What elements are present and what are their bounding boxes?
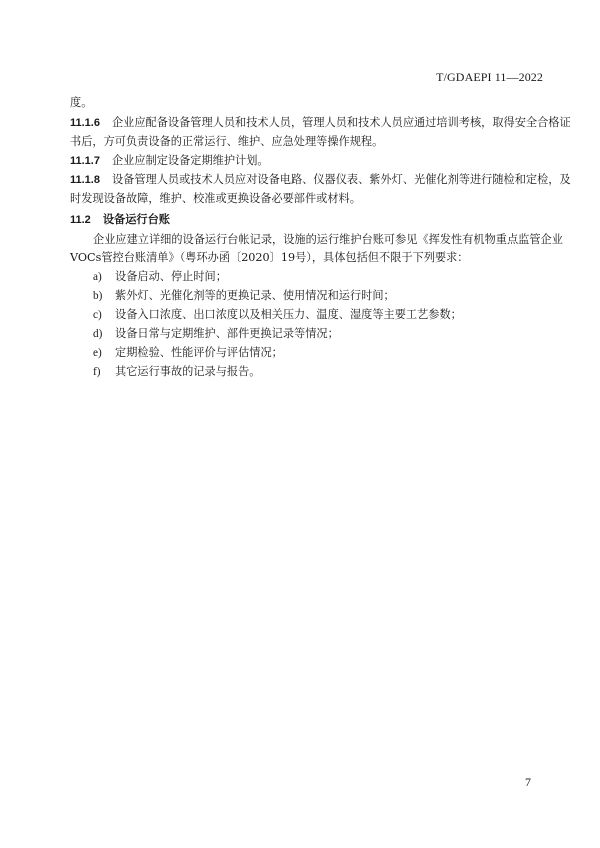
section-paragraph-line2: VOCs管控台账清单》（粤环办函〔2020〕19号），具体包括但不限于下列要求： [70, 251, 469, 265]
clause-number: 11.1.8 [70, 174, 100, 186]
list-item: c)设备入口浓度、出口浓度以及相关压力、温度、湿度等主要工艺参数； [93, 308, 462, 322]
list-item-label: b) [93, 289, 115, 303]
list-item: a)设备启动、停止时间； [93, 270, 227, 284]
list-item-label: d) [93, 327, 115, 341]
clause-number: 11.1.7 [70, 155, 100, 167]
list-item-label: c) [93, 308, 115, 322]
clause-number: 11.1.6 [70, 117, 100, 129]
clause-11-1-6-cont: 书后，方可负责设备的正常运行、维护、应急处理等操作规程。 [70, 135, 383, 149]
list-item-text: 设备日常与定期维护、部件更换记录等情况； [115, 327, 339, 340]
clause-11-1-7: 11.1.7企业应制定设备定期维护计划。 [70, 154, 269, 168]
clause-text: 企业应制定设备定期维护计划。 [112, 154, 269, 167]
list-item-text: 设备入口浓度、出口浓度以及相关压力、温度、湿度等主要工艺参数； [115, 308, 462, 321]
list-item-label: a) [93, 270, 115, 284]
list-item-text: 设备启动、停止时间； [115, 270, 227, 283]
clause-11-1-8: 11.1.8设备管理人员或技术人员应对设备电路、仪器仪表、紫外灯、光催化剂等进行… [70, 173, 571, 187]
document-code: T/GDAEPI 11—2022 [436, 70, 543, 85]
list-item: e)定期检验、性能评价与评估情况； [93, 346, 283, 360]
list-item: f)其它运行事故的记录与报告。 [93, 365, 260, 379]
section-paragraph-line1: 企业应建立详细的设备运行台帐记录，设施的运行维护台账可参见《挥发性有机物重点监管… [93, 233, 563, 247]
list-item-label: f) [93, 365, 115, 379]
clause-text: 企业应配备设备管理人员和技术人员，管理人员和技术人员应通过培训考核，取得安全合格… [112, 116, 571, 129]
clause-text: 设备管理人员或技术人员应对设备电路、仪器仪表、紫外灯、光催化剂等进行随检和定检，… [112, 173, 571, 186]
clause-11-1-8-cont: 时发现设备故障，维护、校准或更换设备必要部件或材料。 [70, 192, 361, 206]
list-item: b)紫外灯、光催化剂等的更换记录、使用情况和运行时间； [93, 289, 395, 303]
page-number: 7 [525, 775, 531, 790]
list-item: d)设备日常与定期维护、部件更换记录等情况； [93, 327, 339, 341]
list-item-text: 紫外灯、光催化剂等的更换记录、使用情况和运行时间； [115, 289, 395, 302]
section-number: 11.2 [70, 214, 91, 226]
clause-11-1-6: 11.1.6企业应配备设备管理人员和技术人员，管理人员和技术人员应通过培训考核，… [70, 116, 571, 130]
list-item-text: 其它运行事故的记录与报告。 [115, 365, 260, 378]
section-heading: 11.2设备运行台账 [70, 213, 170, 227]
section-title: 设备运行台账 [103, 214, 170, 226]
list-item-text: 定期检验、性能评价与评估情况； [115, 346, 283, 359]
continuation-text: 度。 [70, 96, 92, 110]
list-item-label: e) [93, 346, 115, 360]
